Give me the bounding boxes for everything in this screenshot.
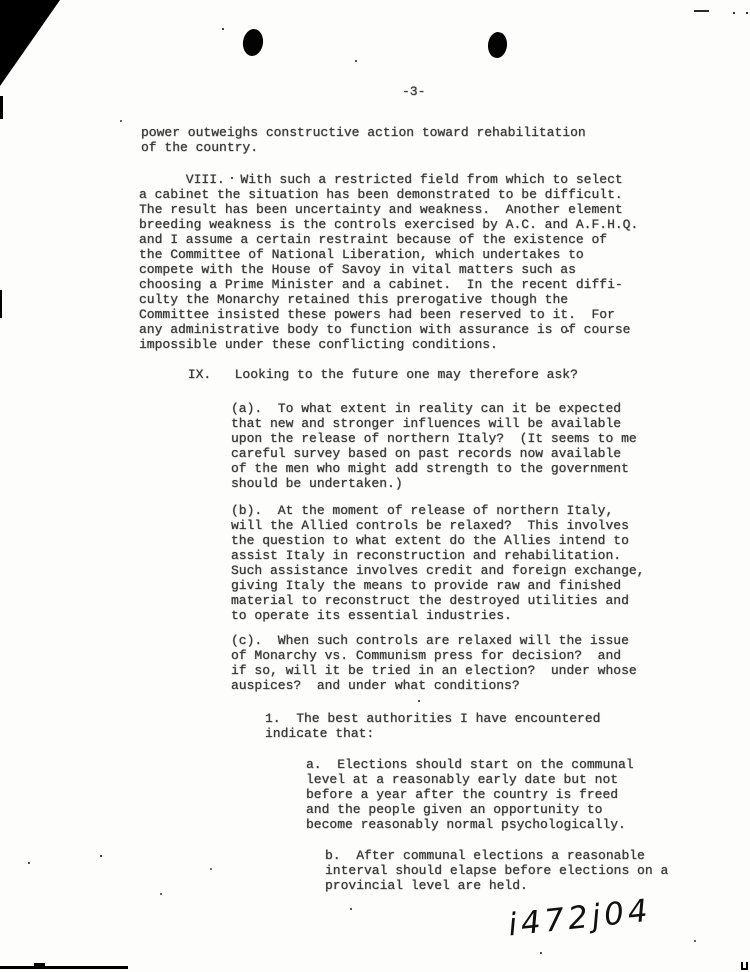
bottom-edge-scan-line <box>34 963 45 967</box>
corner-fold-artifact <box>0 0 60 86</box>
handwritten-note: i472j04 <box>507 893 654 944</box>
paragraph-section-ix: IX. Looking to the future one may theref… <box>141 367 578 382</box>
hole-punch-left <box>241 28 265 58</box>
left-edge-scan-mark <box>0 96 3 119</box>
hole-punch-right <box>487 31 509 59</box>
scan-noise-specks <box>0 0 2 2</box>
paragraph-question-c: (c). When such controls are relaxed will… <box>231 633 637 693</box>
left-edge-scan-mark <box>0 290 2 318</box>
scanned-document-page: -3- power outweighs constructive action … <box>0 0 750 972</box>
paragraph-point-1b: b. After communal elections a reasonable… <box>325 848 668 893</box>
paragraph-point-1a: a. Elections should start on the communa… <box>306 757 634 832</box>
bottom-edge-scan-line <box>0 966 128 969</box>
paragraph-section-viii: VIII. With such a restricted field from … <box>139 172 638 352</box>
scan-speck-dash <box>694 10 709 12</box>
bottom-right-scan-mark <box>741 962 748 970</box>
paragraph-continuation: power outweighs constructive action towa… <box>141 125 586 155</box>
paragraph-question-b: (b). At the moment of release of norther… <box>231 503 644 623</box>
page-number: -3- <box>402 84 425 99</box>
paragraph-question-a: (a). To what extent in reality can it be… <box>231 401 637 491</box>
paragraph-point-1: 1. The best authorities I have encounter… <box>265 711 600 741</box>
